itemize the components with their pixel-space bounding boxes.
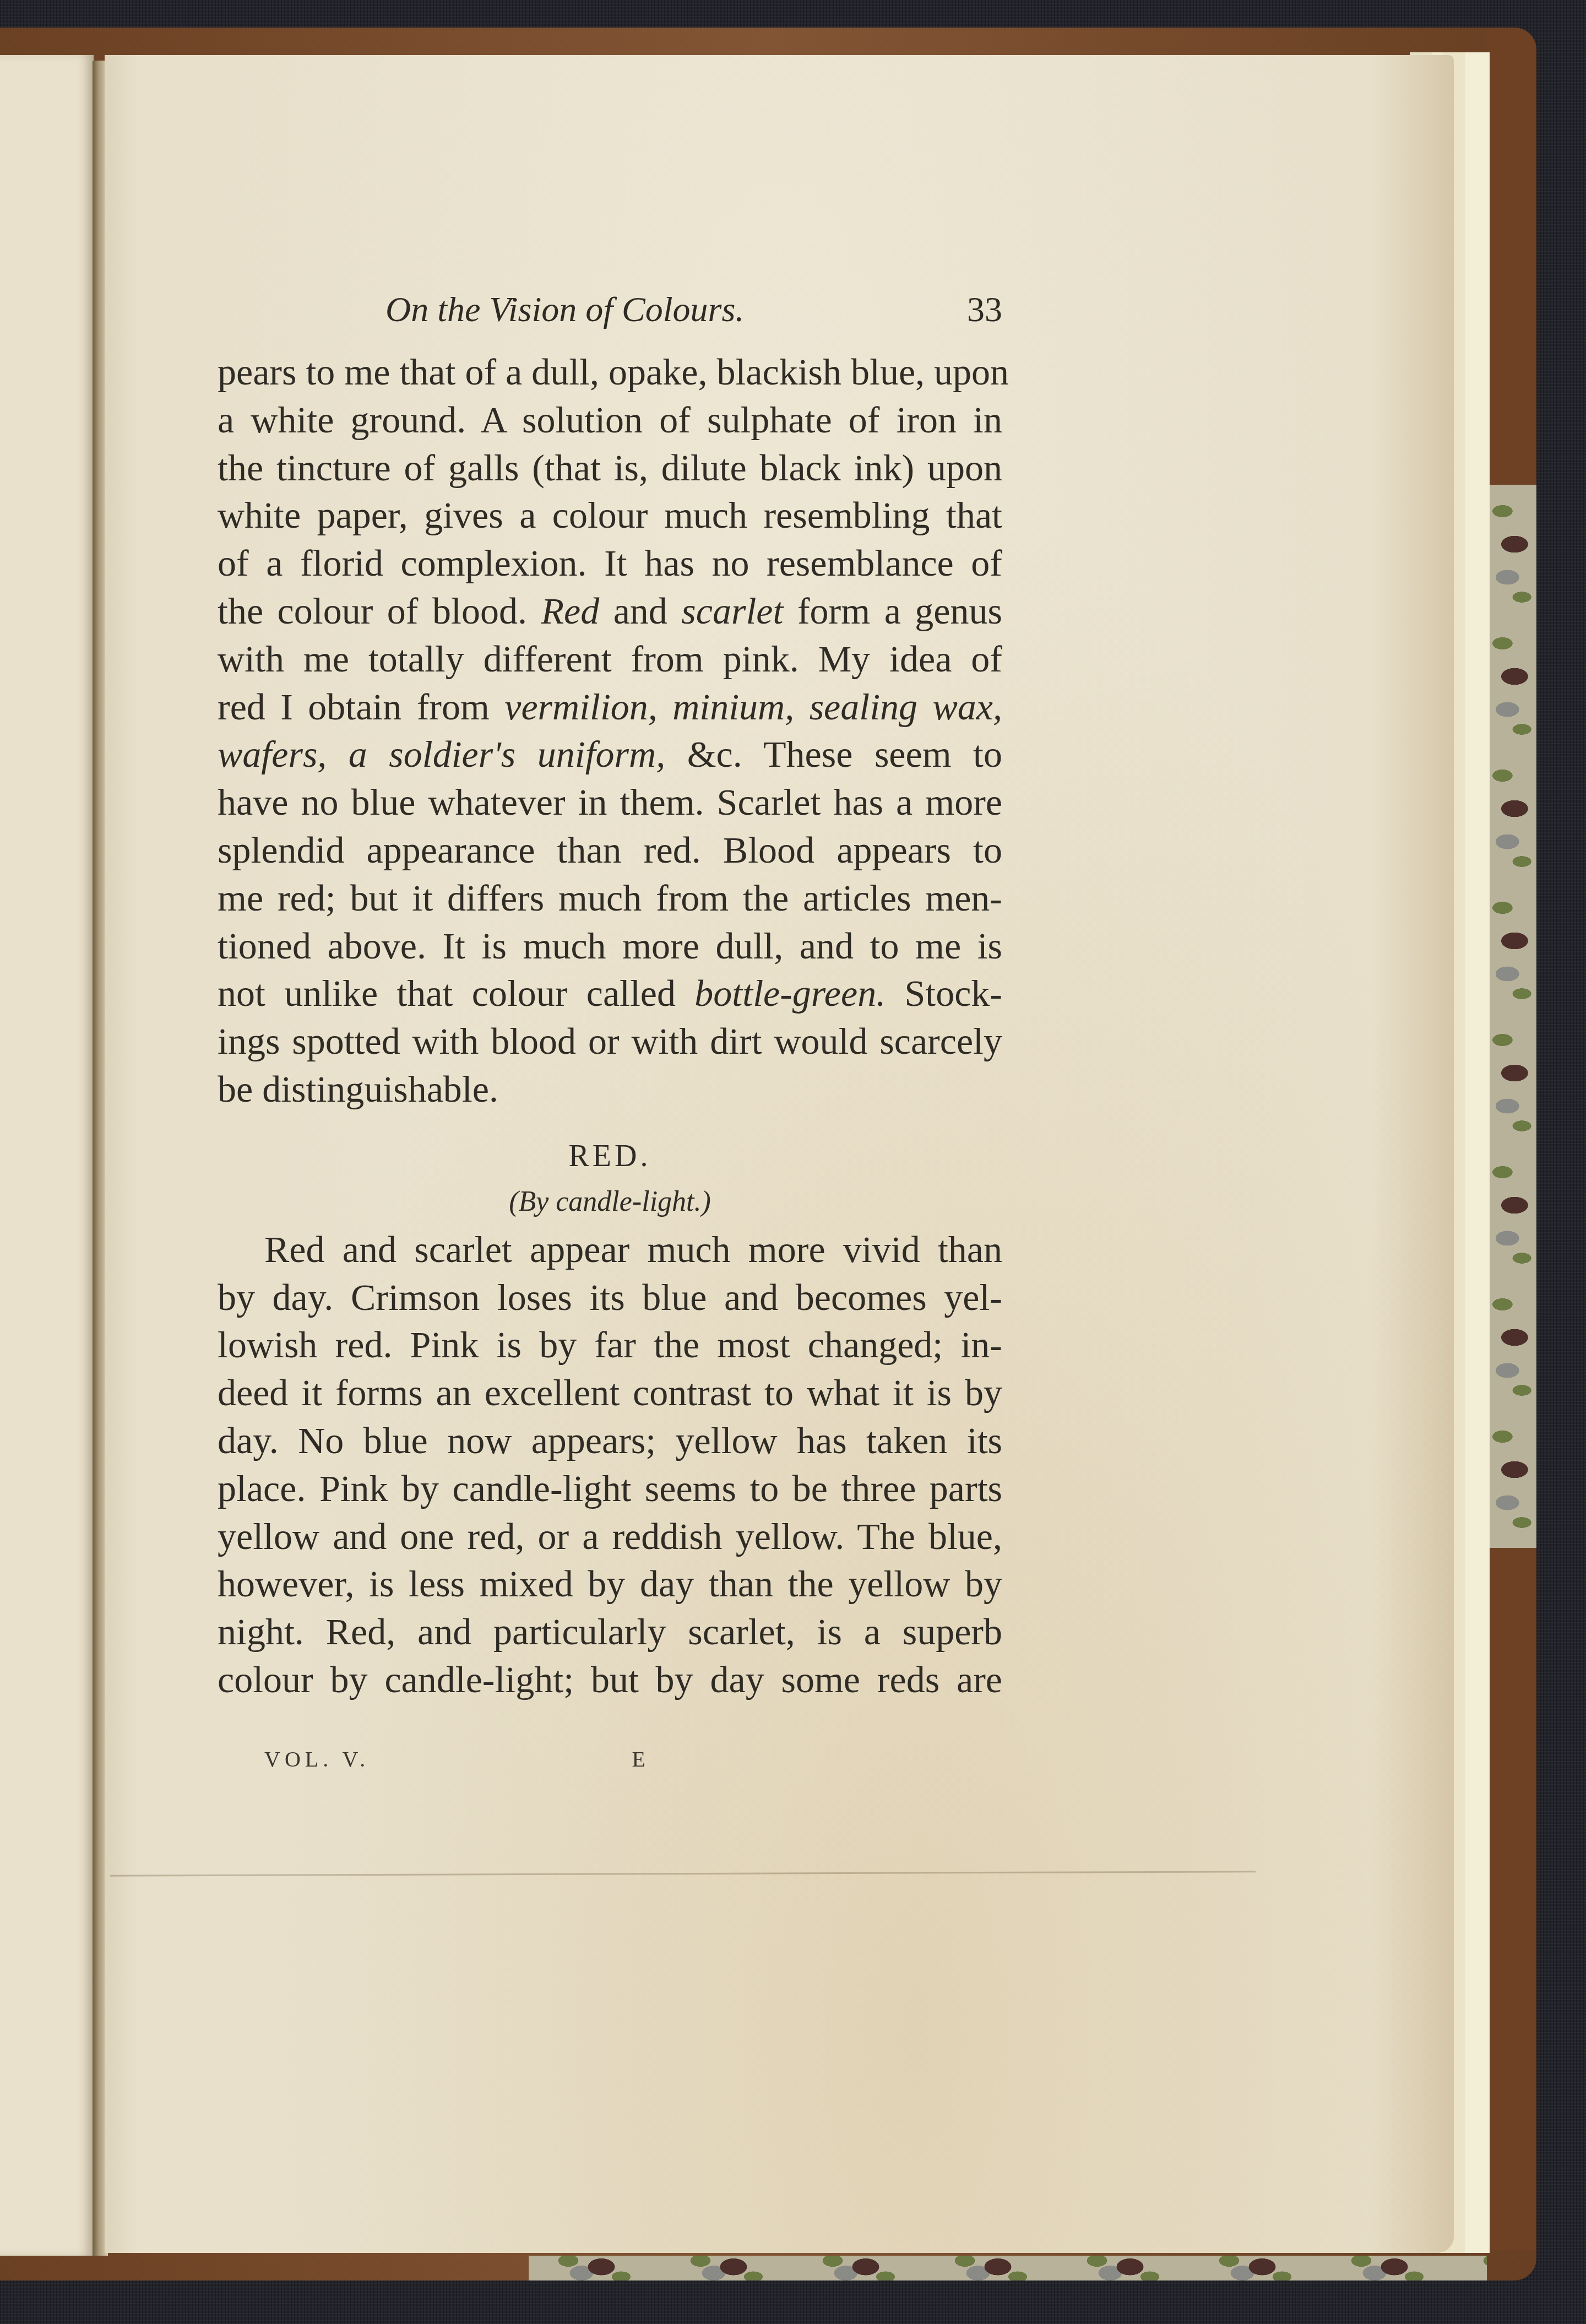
text-line: with me totally different from pink. My …: [218, 635, 1002, 683]
running-head-title: On the Vision of Colours.: [385, 289, 744, 330]
text-line: lowish red. Pink is by far the most chan…: [218, 1321, 1002, 1369]
paragraph-2: Red and scarlet appear much more vivid t…: [218, 1226, 1002, 1704]
text-line: however, is less mixed by day than the y…: [218, 1560, 1002, 1608]
section-heading: RED.: [218, 1129, 1002, 1178]
signature-mark: E: [632, 1746, 650, 1772]
text-line: ings spotted with blood or with dirt wou…: [218, 1017, 1002, 1065]
text-line: by day. Crimson loses its blue and becom…: [218, 1274, 1002, 1321]
text-line: white paper, gives a colour much resembl…: [218, 491, 1002, 539]
text-line: not unlike that colour called bottle-gre…: [218, 969, 1002, 1017]
body-text: pears to me that of a dull, opake, black…: [218, 348, 1002, 1704]
text-line: colour by candle-light; but by day some …: [218, 1656, 1002, 1704]
text-line: tioned above. It is much more dull, and …: [218, 922, 1002, 970]
text-line: be distinguishable.: [218, 1065, 1002, 1113]
text-line: yellow and one red, or a reddish yellow.…: [218, 1513, 1002, 1561]
marbled-board-edge: [1488, 485, 1536, 1548]
page-number: 33: [967, 289, 1002, 330]
text-line: red I obtain from vermilion, minium, sea…: [218, 683, 1002, 731]
text-line: deed it forms an excellent contrast to w…: [218, 1369, 1002, 1417]
text-line: splendid appearance than red. Blood appe…: [218, 826, 1002, 874]
signature-volume: VOL. V.: [264, 1746, 370, 1772]
text-line: of a florid complexion. It has no resemb…: [218, 539, 1002, 587]
text-line: wafers, a soldier's uniform, &c. These s…: [218, 730, 1002, 778]
running-head: On the Vision of Colours. 33: [385, 289, 1002, 339]
text-line: have no blue whatever in them. Scarlet h…: [218, 778, 1002, 826]
text-line: day. No blue now appears; yellow has tak…: [218, 1417, 1002, 1465]
section-subheading: (By candle-light.): [218, 1178, 1002, 1226]
text-line: Red and scarlet appear much more vivid t…: [218, 1226, 1002, 1274]
page-footer: VOL. V. E: [264, 1746, 650, 1772]
text-line: night. Red, and particularly scarlet, is…: [218, 1608, 1002, 1656]
paragraph-1: pears to me that of a dull, opake, black…: [218, 348, 1002, 1113]
text-line: me red; but it differs much from the art…: [218, 874, 1002, 922]
text-line: the colour of blood. Red and scarlet for…: [218, 587, 1002, 635]
text-line: a white ground. A solution of sulphate o…: [218, 396, 1002, 444]
left-page-edge: [0, 55, 94, 2256]
marbled-board-bottom: [529, 2256, 1487, 2280]
text-line: the tincture of galls (that is, dilute b…: [218, 444, 1002, 492]
text-line: place. Pink by candle-light seems to be …: [218, 1465, 1002, 1513]
text-line: pears to me that of a dull, opake, black…: [218, 348, 1002, 396]
